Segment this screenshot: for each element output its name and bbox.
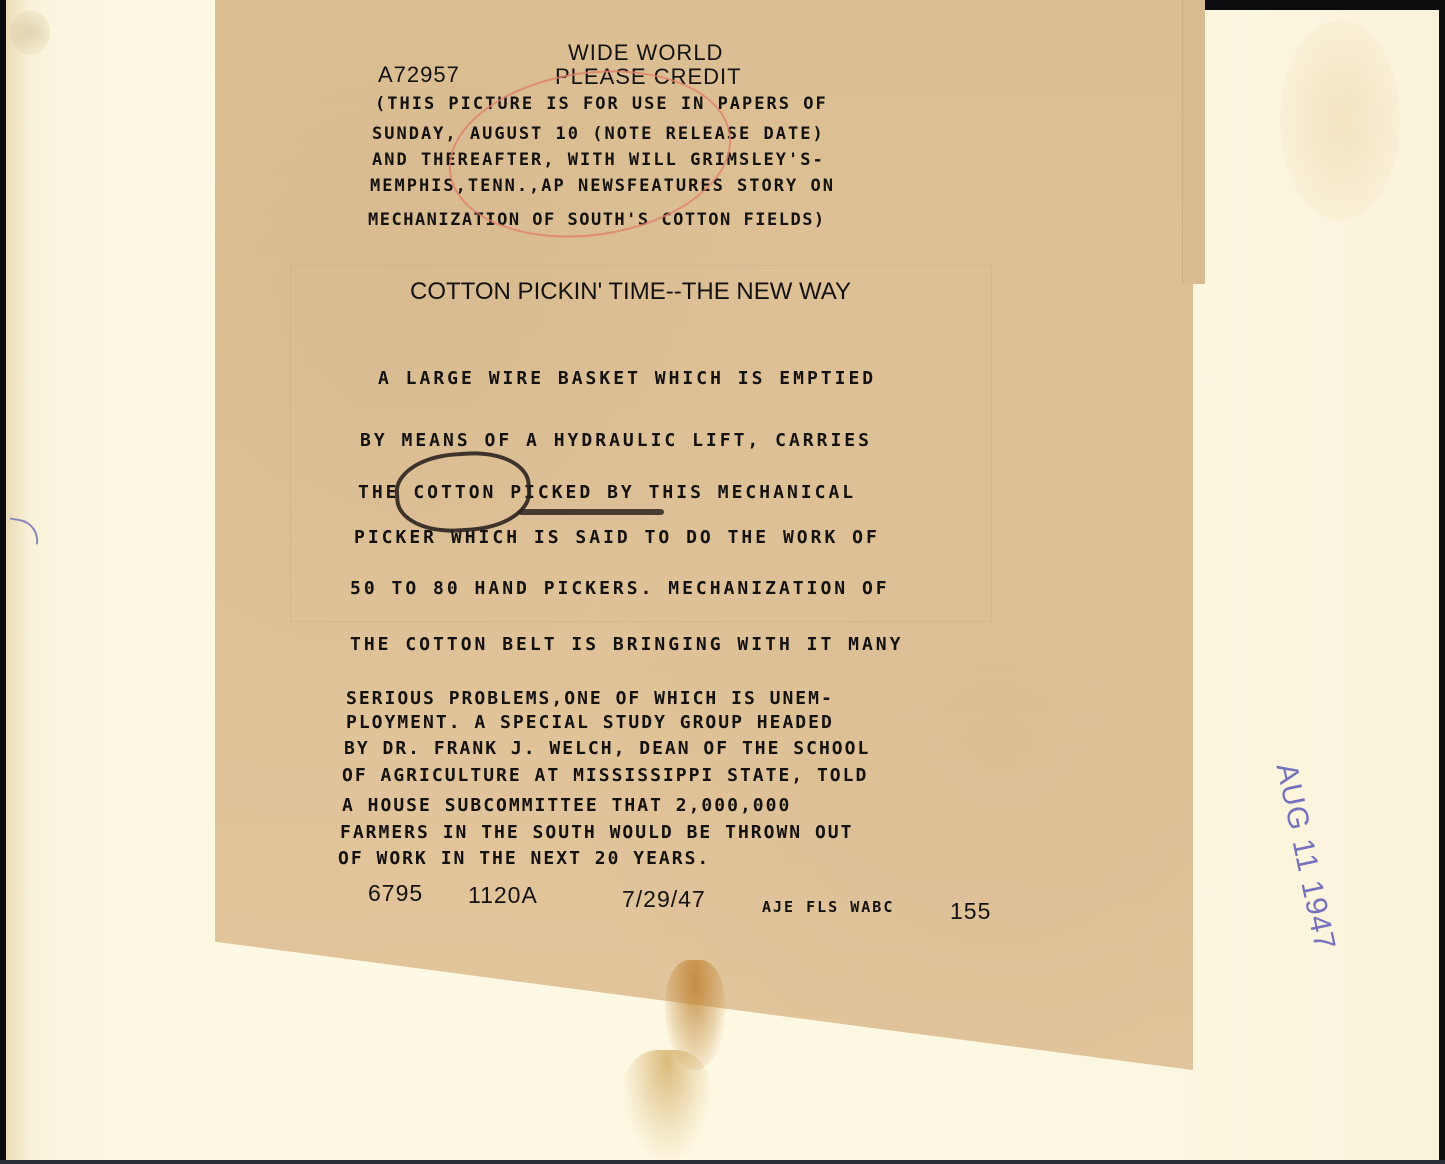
photo-id: A72957 [378,62,460,88]
footer-code: 1120A [468,882,538,909]
edge-shadow [6,0,30,1160]
caption-line: BY DR. FRANK J. WELCH, DEAN OF THE SCHOO… [344,738,870,759]
caption-line: OF WORK IN THE NEXT 20 YEARS. [338,848,710,869]
stain-mark [1280,20,1400,220]
stain-mark [10,10,50,55]
caption-line: BY MEANS OF A HYDRAULIC LIFT, CARRIES [360,430,872,451]
footer-initials: AJE FLS WABC [762,898,894,916]
sheet-fold [1182,0,1205,284]
caption-line: A HOUSE SUBCOMMITTEE THAT 2,000,000 [342,795,791,816]
marker-underline [518,509,664,515]
caption-line: 50 TO 80 HAND PICKERS. MECHANIZATION OF [350,578,890,599]
footer-code: 155 [950,898,991,925]
headline: COTTON PICKIN' TIME--THE NEW WAY [410,278,851,306]
caption-line: FARMERS IN THE SOUTH WOULD BE THROWN OUT [340,822,853,843]
caption-line: THE COTTON BELT IS BRINGING WITH IT MANY [350,634,903,655]
caption-line: A LARGE WIRE BASKET WHICH IS EMPTIED [378,368,876,389]
footer-date: 7/29/47 [622,886,706,913]
agency-name: WIDE WORLD [568,40,723,66]
water-stain [622,1050,712,1160]
caption-line: PLOYMENT. A SPECIAL STUDY GROUP HEADED [346,712,834,733]
footer-code: 6795 [368,880,423,907]
caption-line: OF AGRICULTURE AT MISSISSIPPI STATE, TOL… [342,765,868,786]
scan-border [1189,0,1439,10]
scan-border [0,1160,1445,1164]
caption-line: SERIOUS PROBLEMS,ONE OF WHICH IS UNEM- [346,688,834,709]
